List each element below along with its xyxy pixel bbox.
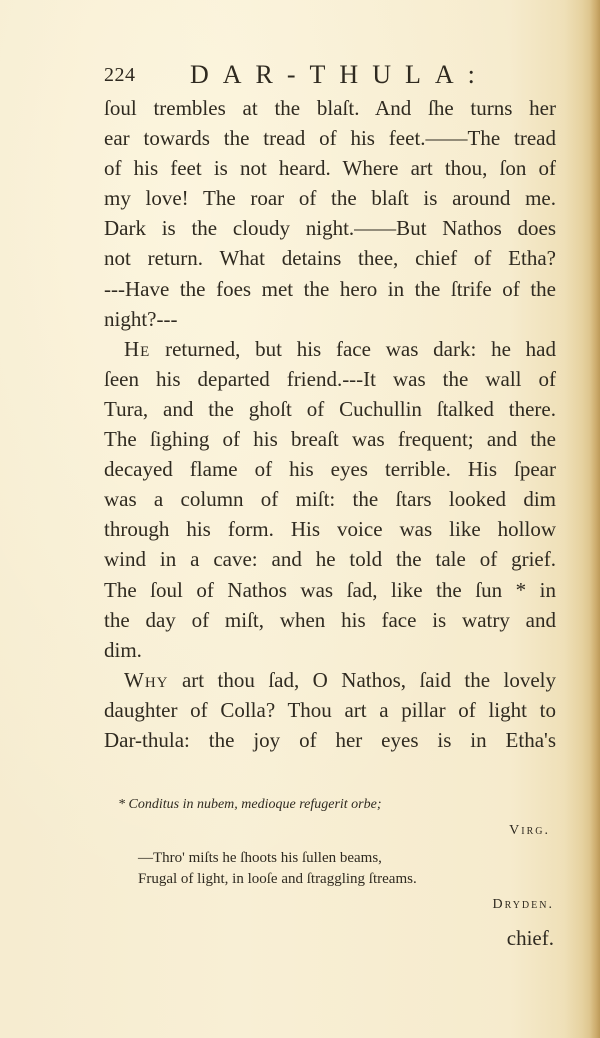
text-line: was a column of miſt: the ſtars looked d… bbox=[104, 484, 556, 514]
footnote-verse-line: —Thro' miſts he ſhoots his ſullen beams, bbox=[104, 848, 556, 869]
page-number: 224 bbox=[104, 64, 136, 87]
text-line: ſoul trembles at the blaſt. And ſhe turn… bbox=[104, 93, 556, 123]
paragraph-opener: Why bbox=[124, 668, 169, 692]
text-line: not return. What detains thee, chief of … bbox=[104, 243, 556, 273]
book-page: 224 DAR-THULA: ſoul trembles at the blaſ… bbox=[0, 0, 600, 1038]
text-line: ---Have the foes met the hero in the ſtr… bbox=[104, 274, 556, 304]
text-line: ſeen his departed friend.---It was the w… bbox=[104, 364, 556, 394]
paragraph-opener: He bbox=[124, 337, 150, 361]
text-fragment: art thou ſad, O Nathos, ſaid the lovely bbox=[182, 668, 556, 692]
text-line: ear towards the tread of his feet.——The … bbox=[104, 123, 556, 153]
text-line: night?--- bbox=[104, 304, 556, 334]
page-edge-shadow bbox=[590, 0, 600, 1038]
footnote-verse-line: Frugal of light, in looſe and ſtraggling… bbox=[104, 869, 556, 890]
text-line: Dark is the cloudy night.——But Nathos do… bbox=[104, 213, 556, 243]
text-line: dim. bbox=[104, 635, 556, 665]
catchword: chief. bbox=[507, 926, 554, 951]
footnote-latin-quote: * Conditus in nubem, medioque refugerit … bbox=[104, 792, 556, 818]
running-title: DAR-THULA: bbox=[190, 60, 489, 90]
footnotes: * Conditus in nubem, medioque refugerit … bbox=[104, 792, 556, 918]
text-line: wind in a cave: and he told the tale of … bbox=[104, 544, 556, 574]
text-line: The ſighing of his breaſt was frequent; … bbox=[104, 424, 556, 454]
paragraph-start-line: He returned, but his face was dark: he h… bbox=[104, 334, 556, 364]
text-line: Tura, and the ghoſt of Cuchullin ſtalked… bbox=[104, 394, 556, 424]
text-line: The ſoul of Nathos was ſad, like the ſun… bbox=[104, 575, 556, 605]
footnote-attribution-dryden: Dryden. bbox=[104, 892, 556, 918]
body-text: ſoul trembles at the blaſt. And ſhe turn… bbox=[104, 93, 556, 755]
text-line: daughter of Colla? Thou art a pillar of … bbox=[104, 695, 556, 725]
text-line: my love! The roar of the blaſt is around… bbox=[104, 183, 556, 213]
text-line: decayed flame of his eyes terrible. His … bbox=[104, 454, 556, 484]
text-fragment: returned, but his face was dark: he had bbox=[165, 337, 556, 361]
paragraph-start-line: Why art thou ſad, O Nathos, ſaid the lov… bbox=[104, 665, 556, 695]
text-line: through his form. His voice was like hol… bbox=[104, 514, 556, 544]
text-line: Dar-thula: the joy of her eyes is in Eth… bbox=[104, 725, 556, 755]
footnote-attribution-virgil: Virg. bbox=[104, 818, 556, 844]
text-line: of his feet is not heard. Where art thou… bbox=[104, 153, 556, 183]
text-line: the day of miſt, when his face is watry … bbox=[104, 605, 556, 635]
page-header: 224 DAR-THULA: bbox=[104, 60, 556, 96]
